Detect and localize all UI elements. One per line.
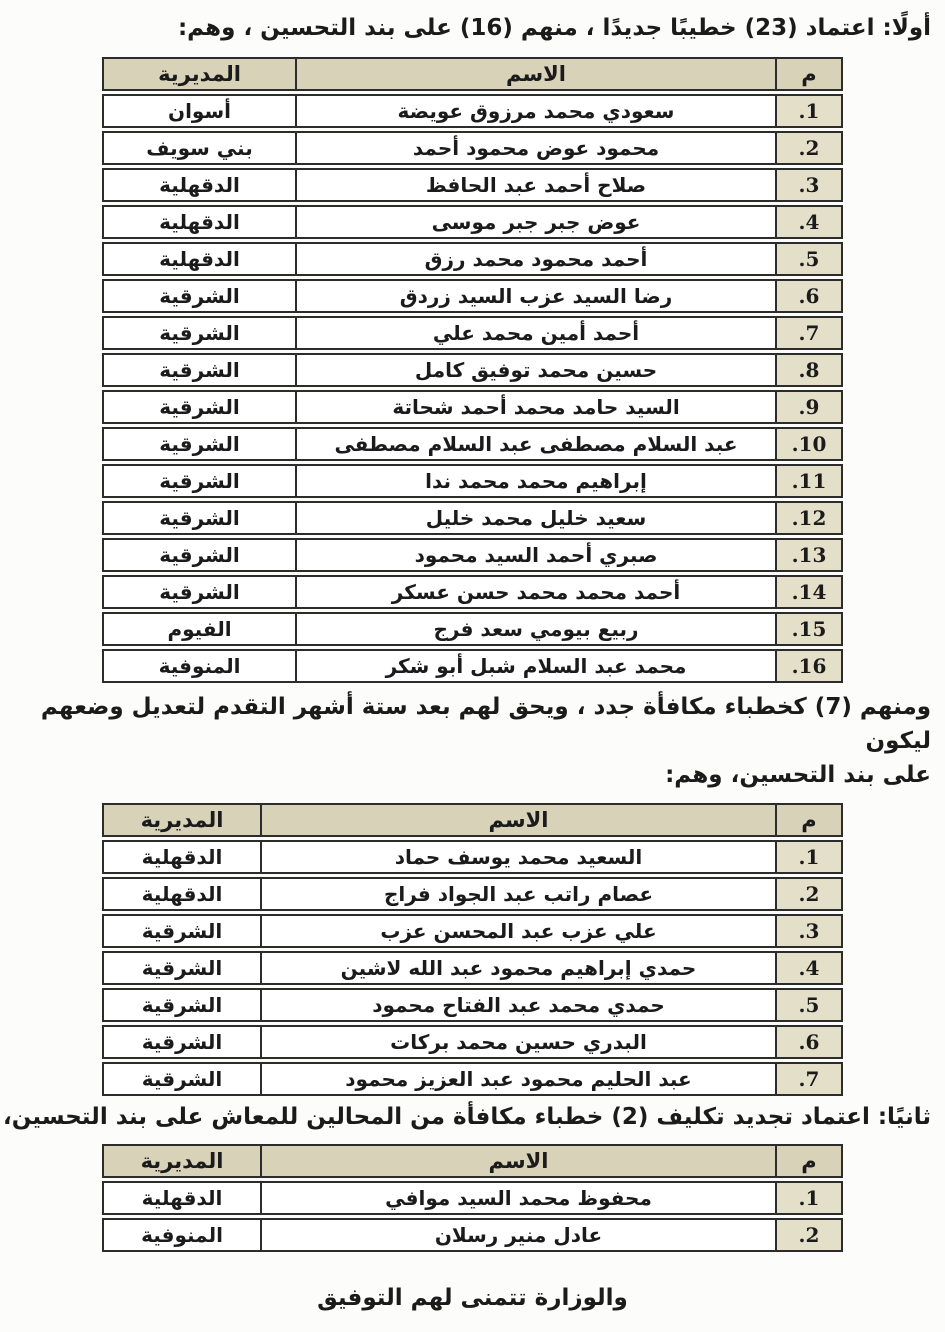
directorate-cell: الشرقية (102, 538, 295, 572)
section3-title: ثانيًا: اعتماد تجديد تكليف (2) خطباء مكا… (14, 1099, 931, 1135)
name-cell: صبري أحمد السيد محمود (295, 538, 775, 572)
row-number-cell: .2 (775, 877, 843, 911)
table-row: .8حسين محمد توفيق كاملالشرقية (102, 353, 843, 387)
row-number-cell: .2 (775, 131, 843, 165)
directorate-cell: الفيوم (102, 612, 295, 646)
col-header-directorate: المديرية (102, 57, 295, 91)
directorate-cell: الدقهلية (102, 1181, 260, 1215)
col-header-name: الاسم (260, 803, 775, 837)
name-cell: عبد الحليم محمود عبد العزيز محمود (260, 1062, 775, 1096)
col-header-directorate: المديرية (102, 803, 260, 837)
row-number-cell: .8 (775, 353, 843, 387)
name-cell: السيد حامد محمد أحمد شحاتة (295, 390, 775, 424)
table-row: .14أحمد محمد محمد حسن عسكرالشرقية (102, 575, 843, 609)
name-cell: البدري حسين محمد بركات (260, 1025, 775, 1059)
row-number-cell: .5 (775, 988, 843, 1022)
table-row: .6رضا السيد عزب السيد زردقالشرقية (102, 279, 843, 313)
table-row: .7عبد الحليم محمود عبد العزيز محمودالشرق… (102, 1062, 843, 1096)
table-row: .5حمدي محمد عبد الفتاح محمودالشرقية (102, 988, 843, 1022)
row-number-cell: .10 (775, 427, 843, 461)
intro-line-1: ومنهم (7) كخطباء مكافأة جدد ، ويحق لهم ب… (14, 690, 931, 758)
directorate-cell: الدقهلية (102, 168, 295, 202)
row-number-cell: .2 (775, 1218, 843, 1252)
name-cell: إبراهيم محمد محمد ندا (295, 464, 775, 498)
row-number-cell: .1 (775, 1181, 843, 1215)
renewed-assignment-table: م الاسم المديرية .1محفوظ محمد السيد مواف… (102, 1141, 843, 1255)
name-cell: السعيد محمد يوسف حماد (260, 840, 775, 874)
directorate-cell: الشرقية (102, 951, 260, 985)
directorate-cell: الدقهلية (102, 840, 260, 874)
row-number-cell: .16 (775, 649, 843, 683)
table-row: .4حمدي إبراهيم محمود عبد الله لاشينالشرق… (102, 951, 843, 985)
directorate-cell: الدقهلية (102, 242, 295, 276)
row-number-cell: .9 (775, 390, 843, 424)
section1-title: أولًا: اعتماد (23) خطيبًا جديدًا ، منهم … (14, 10, 931, 46)
col-header-directorate: المديرية (102, 1144, 260, 1178)
name-cell: أحمد محمد محمد حسن عسكر (295, 575, 775, 609)
name-cell: عادل منير رسلان (260, 1218, 775, 1252)
row-number-cell: .3 (775, 168, 843, 202)
name-cell: أحمد أمين محمد علي (295, 316, 775, 350)
closing-note: والوزارة تتمنى لهم التوفيق (14, 1285, 931, 1311)
directorate-cell: الشرقية (102, 501, 295, 535)
name-cell: عصام راتب عبد الجواد فراج (260, 877, 775, 911)
directorate-cell: الشرقية (102, 390, 295, 424)
name-cell: رضا السيد عزب السيد زردق (295, 279, 775, 313)
row-number-cell: .11 (775, 464, 843, 498)
table-row: .13صبري أحمد السيد محمودالشرقية (102, 538, 843, 572)
intro-line-2: على بند التحسين، وهم: (14, 758, 931, 792)
table-row: .3صلاح أحمد عبد الحافظالدقهلية (102, 168, 843, 202)
table-row: .15ربيع بيومي سعد فرجالفيوم (102, 612, 843, 646)
name-cell: محمود عوض محمود أحمد (295, 131, 775, 165)
table-row: .12سعيد خليل محمد خليلالشرقية (102, 501, 843, 535)
name-cell: أحمد محمود محمد رزق (295, 242, 775, 276)
name-cell: عبد السلام مصطفى عبد السلام مصطفى (295, 427, 775, 461)
directorate-cell: الشرقية (102, 353, 295, 387)
directorate-cell: المنوفية (102, 1218, 260, 1252)
table-row: .7أحمد أمين محمد عليالشرقية (102, 316, 843, 350)
row-number-cell: .7 (775, 1062, 843, 1096)
section2-intro: ومنهم (7) كخطباء مكافأة جدد ، ويحق لهم ب… (14, 690, 931, 792)
directorate-cell: المنوفية (102, 649, 295, 683)
table-row: .4عوض جبر جبر موسىالدقهلية (102, 205, 843, 239)
table-row: .2محمود عوض محمود أحمدبني سويف (102, 131, 843, 165)
directorate-cell: بني سويف (102, 131, 295, 165)
row-number-cell: .5 (775, 242, 843, 276)
reward-preachers-table: م الاسم المديرية .1السعيد محمد يوسف حماد… (102, 800, 843, 1099)
row-number-cell: .1 (775, 840, 843, 874)
row-number-cell: .12 (775, 501, 843, 535)
name-cell: سعودي محمد مرزوق عويضة (295, 94, 775, 128)
directorate-cell: الشرقية (102, 316, 295, 350)
table-row: .2عادل منير رسلانالمنوفية (102, 1218, 843, 1252)
directorate-cell: أسوان (102, 94, 295, 128)
name-cell: حمدي محمد عبد الفتاح محمود (260, 988, 775, 1022)
directorate-cell: الدقهلية (102, 205, 295, 239)
col-header-number: م (775, 57, 843, 91)
row-number-cell: .6 (775, 1025, 843, 1059)
row-number-cell: .4 (775, 205, 843, 239)
table-row: .6البدري حسين محمد بركاتالشرقية (102, 1025, 843, 1059)
directorate-cell: الشرقية (102, 1025, 260, 1059)
table-row: .3علي عزب عبد المحسن عزبالشرقية (102, 914, 843, 948)
table-row: .1السعيد محمد يوسف حمادالدقهلية (102, 840, 843, 874)
directorate-cell: الدقهلية (102, 877, 260, 911)
directorate-cell: الشرقية (102, 464, 295, 498)
name-cell: حمدي إبراهيم محمود عبد الله لاشين (260, 951, 775, 985)
row-number-cell: .6 (775, 279, 843, 313)
table-header-row: م الاسم المديرية (102, 1144, 843, 1178)
row-number-cell: .7 (775, 316, 843, 350)
row-number-cell: .3 (775, 914, 843, 948)
name-cell: محفوظ محمد السيد موافي (260, 1181, 775, 1215)
directorate-cell: الشرقية (102, 914, 260, 948)
table-row: .1سعودي محمد مرزوق عويضةأسوان (102, 94, 843, 128)
table-row: .11إبراهيم محمد محمد نداالشرقية (102, 464, 843, 498)
row-number-cell: .15 (775, 612, 843, 646)
name-cell: صلاح أحمد عبد الحافظ (295, 168, 775, 202)
directorate-cell: الشرقية (102, 279, 295, 313)
col-header-name: الاسم (295, 57, 775, 91)
directorate-cell: الشرقية (102, 575, 295, 609)
row-number-cell: .14 (775, 575, 843, 609)
directorate-cell: الشرقية (102, 1062, 260, 1096)
table-header-row: م الاسم المديرية (102, 803, 843, 837)
table-header-row: م الاسم المديرية (102, 57, 843, 91)
name-cell: ربيع بيومي سعد فرج (295, 612, 775, 646)
name-cell: عوض جبر جبر موسى (295, 205, 775, 239)
table-row: .2عصام راتب عبد الجواد فراجالدقهلية (102, 877, 843, 911)
document-page: أولًا: اعتماد (23) خطيبًا جديدًا ، منهم … (0, 0, 945, 1311)
row-number-cell: .13 (775, 538, 843, 572)
col-header-number: م (775, 803, 843, 837)
name-cell: حسين محمد توفيق كامل (295, 353, 775, 387)
col-header-name: الاسم (260, 1144, 775, 1178)
directorate-cell: الشرقية (102, 988, 260, 1022)
approved-preachers-table: م الاسم المديرية .1سعودي محمد مرزوق عويض… (102, 54, 843, 686)
directorate-cell: الشرقية (102, 427, 295, 461)
col-header-number: م (775, 1144, 843, 1178)
name-cell: علي عزب عبد المحسن عزب (260, 914, 775, 948)
name-cell: سعيد خليل محمد خليل (295, 501, 775, 535)
table-row: .16محمد عبد السلام شبل أبو شكرالمنوفية (102, 649, 843, 683)
table-row: .10عبد السلام مصطفى عبد السلام مصطفىالشر… (102, 427, 843, 461)
row-number-cell: .1 (775, 94, 843, 128)
row-number-cell: .4 (775, 951, 843, 985)
table-row: .1محفوظ محمد السيد موافيالدقهلية (102, 1181, 843, 1215)
table-row: .5أحمد محمود محمد رزقالدقهلية (102, 242, 843, 276)
name-cell: محمد عبد السلام شبل أبو شكر (295, 649, 775, 683)
table-row: .9السيد حامد محمد أحمد شحاتةالشرقية (102, 390, 843, 424)
